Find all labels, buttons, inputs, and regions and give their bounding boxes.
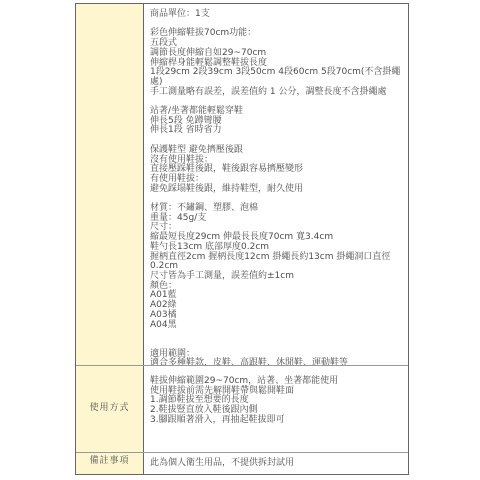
spec-content-notes: 此為個人衛生用品，不提供拆封試用 [144,453,408,474]
spec-label-description [76,4,144,365]
spec-row-usage: 使用方式 鞋拔伸縮範圍29~70cm，站著、坐著都能使用使用鞋拔前需先解開鞋帶與… [76,366,408,453]
spec-content-description: 商品單位：1支彩色伸縮鞋拔70cm功能：五段式調節長度伸縮自如29~70cm伸縮… [144,4,408,365]
spec-content-usage: 鞋拔伸縮範圍29~70cm，站著、坐著都能使用使用鞋拔前需先解開鞋帶與鬆開鞋面1… [144,366,408,452]
spec-label-usage: 使用方式 [76,366,144,452]
spec-row-description: 商品單位：1支彩色伸縮鞋拔70cm功能：五段式調節長度伸縮自如29~70cm伸縮… [76,4,408,366]
product-spec-table: 商品單位：1支彩色伸縮鞋拔70cm功能：五段式調節長度伸縮自如29~70cm伸縮… [75,3,409,475]
spec-row-notes: 備註事項 此為個人衛生用品，不提供拆封試用 [76,453,408,474]
spec-label-notes: 備註事項 [76,453,144,474]
